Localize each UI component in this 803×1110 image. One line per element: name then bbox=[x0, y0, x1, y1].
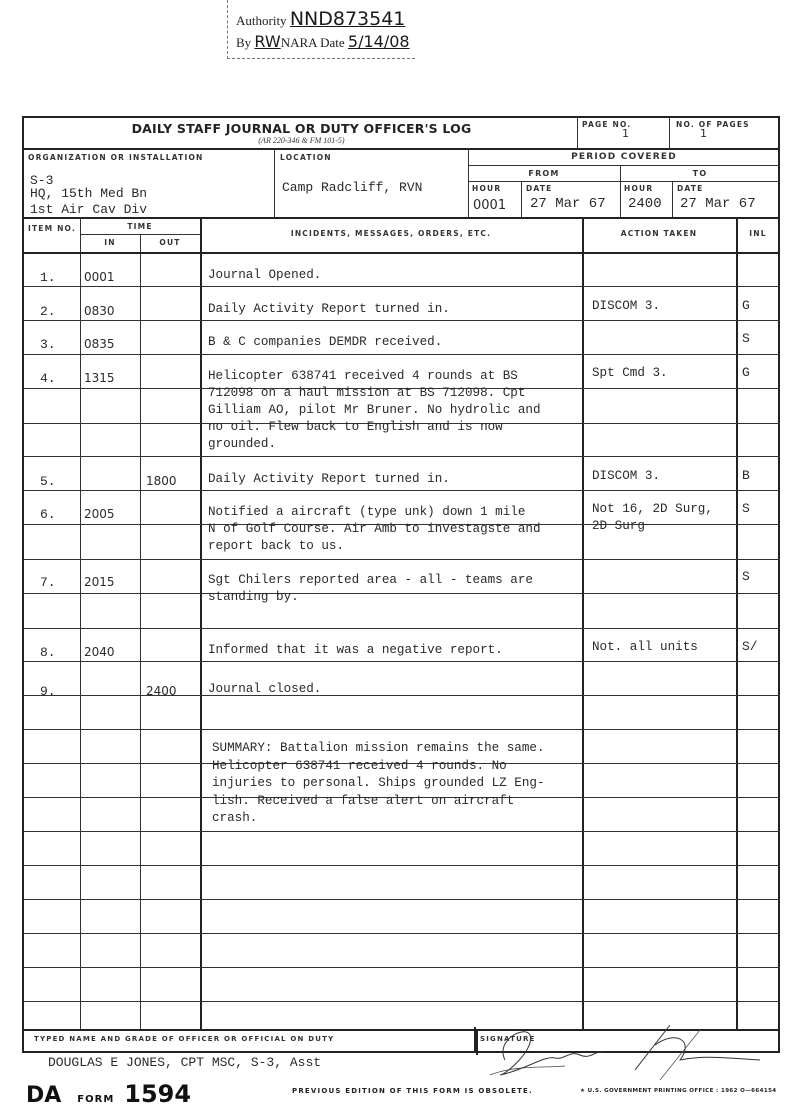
entry-incident-text: Notified a aircraft (type unk) down 1 mi… bbox=[208, 504, 541, 555]
period-from-label: FROM bbox=[468, 169, 620, 178]
from-hour-label: HOUR bbox=[472, 184, 501, 193]
officer-signature bbox=[485, 1020, 785, 1090]
col-time-header: TIME bbox=[80, 222, 200, 231]
period-label: PERIOD COVERED bbox=[468, 152, 780, 162]
entry-action-taken: Spt Cmd 3. bbox=[592, 365, 668, 382]
entry-initials: S bbox=[742, 331, 750, 346]
entry-item-no: 6. bbox=[40, 507, 56, 522]
form-label: FORM bbox=[77, 1094, 114, 1105]
entry-time-in: 2040 bbox=[84, 645, 115, 659]
declassification-stamp: Authority NND873541 By RWNARA Date 5/14/… bbox=[227, 0, 415, 59]
form-number: 1594 bbox=[124, 1080, 191, 1108]
location-value: Camp Radcliff, RVN bbox=[282, 180, 422, 195]
col-in-header: IN bbox=[80, 238, 140, 247]
page-no-value: 1 bbox=[622, 127, 629, 140]
entry-incident-text: Journal closed. bbox=[208, 681, 321, 698]
entry-incident-text: Helicopter 638741 received 4 rounds at B… bbox=[208, 368, 541, 453]
from-date-value: 27 Mar 67 bbox=[530, 196, 606, 212]
org-line-3: 1st Air Cav Div bbox=[30, 202, 147, 217]
to-hour-label: HOUR bbox=[624, 184, 653, 193]
from-hour-value: 0001 bbox=[473, 198, 506, 213]
location-label: LOCATION bbox=[280, 153, 332, 162]
entry-incident-text: Sgt Chilers reported area - all - teams … bbox=[208, 572, 533, 606]
entry-item-no: 2. bbox=[40, 304, 56, 319]
entry-item-no: 7. bbox=[40, 575, 56, 590]
entry-action-taken: Not 16, 2D Surg, 2D Surg bbox=[592, 501, 713, 535]
pages-label: NO. OF PAGES bbox=[676, 120, 750, 129]
entry-action-taken: Not. all units bbox=[592, 639, 698, 656]
stamp-authority-line: Authority NND873541 bbox=[236, 8, 405, 30]
entry-item-no: 5. bbox=[40, 474, 56, 489]
stamp-date-value: 5/14/08 bbox=[348, 32, 410, 51]
entry-initials: G bbox=[742, 298, 750, 313]
to-hour-value: 2400 bbox=[628, 196, 662, 212]
entry-initials: S bbox=[742, 569, 750, 584]
entry-incident-text: Daily Activity Report turned in. bbox=[208, 301, 450, 318]
entry-time-out: 2400 bbox=[146, 684, 177, 698]
entry-item-no: 8. bbox=[40, 645, 56, 660]
col-incidents-header: INCIDENTS, MESSAGES, ORDERS, ETC. bbox=[200, 229, 582, 238]
period-to-label: TO bbox=[620, 169, 780, 178]
entry-initials: G bbox=[742, 365, 750, 380]
entry-time-in: 2015 bbox=[84, 575, 115, 589]
entry-item-no: 1. bbox=[40, 270, 56, 285]
entry-action-taken: DISCOM 3. bbox=[592, 298, 660, 315]
entry-time-in: 1315 bbox=[84, 371, 115, 385]
stamp-authority-label: Authority bbox=[236, 13, 287, 28]
col-item-header: ITEM NO. bbox=[24, 224, 80, 233]
org-label: ORGANIZATION OR INSTALLATION bbox=[28, 153, 204, 162]
entry-time-in: 0830 bbox=[84, 304, 115, 318]
col-inl-header: INL bbox=[736, 229, 780, 238]
entry-time-out: 1800 bbox=[146, 474, 177, 488]
entry-initials: S bbox=[742, 501, 750, 516]
entry-incident-text: B & C companies DEMDR received. bbox=[208, 334, 442, 351]
entry-item-no: 4. bbox=[40, 371, 56, 386]
entry-item-no: 9. bbox=[40, 684, 56, 699]
to-date-value: 27 Mar 67 bbox=[680, 196, 756, 212]
entry-time-in: 2005 bbox=[84, 507, 115, 521]
entry-incident-text: Journal Opened. bbox=[208, 267, 321, 284]
stamp-initials: RW bbox=[254, 32, 280, 51]
entry-incident-text: Daily Activity Report turned in. bbox=[208, 471, 450, 488]
form-da: DA bbox=[26, 1083, 61, 1108]
form-title: DAILY STAFF JOURNAL OR DUTY OFFICER'S LO… bbox=[24, 121, 579, 136]
col-action-header: ACTION TAKEN bbox=[582, 229, 736, 238]
org-line-2: HQ, 15th Med Bn bbox=[30, 186, 147, 201]
pages-value: 1 bbox=[700, 127, 707, 140]
officer-label: TYPED NAME AND GRADE OF OFFICER OR OFFIC… bbox=[34, 1035, 334, 1043]
obsolete-note: PREVIOUS EDITION OF THIS FORM IS OBSOLET… bbox=[292, 1087, 533, 1095]
entry-initials: B bbox=[742, 468, 750, 483]
summary-text: SUMMARY: Battalion mission remains the s… bbox=[212, 740, 545, 828]
entry-action-taken: DISCOM 3. bbox=[592, 468, 660, 485]
entry-item-no: 3. bbox=[40, 337, 56, 352]
to-date-label: DATE bbox=[677, 184, 704, 193]
journal-form: DAILY STAFF JOURNAL OR DUTY OFFICER'S LO… bbox=[22, 116, 780, 1053]
stamp-by-label: By bbox=[236, 35, 251, 50]
stamp-by-line: By RWNARA Date 5/14/08 bbox=[236, 32, 410, 51]
form-subtitle: (AR 220-346 & FM 101-5) bbox=[24, 136, 579, 145]
printing-office-note: ★ U.S. GOVERNMENT PRINTING OFFICE : 1962… bbox=[580, 1088, 777, 1094]
stamp-authority-value: NND873541 bbox=[290, 8, 406, 30]
from-date-label: DATE bbox=[526, 184, 553, 193]
col-out-header: OUT bbox=[140, 238, 200, 247]
entry-time-in: 0835 bbox=[84, 337, 115, 351]
stamp-agency: NARA bbox=[281, 35, 317, 50]
entry-incident-text: Informed that it was a negative report. bbox=[208, 642, 503, 659]
form-identifier: DAFORM1594 bbox=[26, 1080, 191, 1108]
entry-time-in: 0001 bbox=[84, 270, 115, 284]
entry-initials: S/ bbox=[742, 639, 758, 654]
officer-value: DOUGLAS E JONES, CPT MSC, S-3, Asst bbox=[48, 1055, 321, 1070]
stamp-date-label: Date bbox=[320, 35, 345, 50]
